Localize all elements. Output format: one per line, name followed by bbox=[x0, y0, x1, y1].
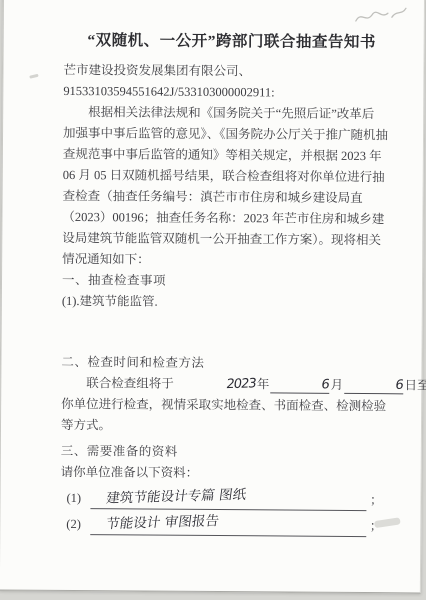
margin-smudge bbox=[29, 74, 38, 79]
section1-item: (1).建筑节能监管. bbox=[62, 291, 398, 314]
fill-in-blank-line: 节能设计 审图报告 bbox=[90, 511, 367, 537]
document-content: “双随机、一公开”跨部门联合抽查告知书 芒市建设投资发展集团有限公司、 9153… bbox=[60, 30, 400, 537]
intro-line: 查检查（抽查任务编号：滇芒市市住房和城乡建设局直 bbox=[63, 186, 399, 209]
intro-line: 查规范事中事后监管的通知》等相关规定，并根据 2023 年 bbox=[63, 144, 399, 167]
intro-line: 设局建筑节能监管双随机一公开抽查工作方案）。现将相关 bbox=[62, 228, 398, 251]
document-page: “双随机、一公开”跨部门联合抽查告知书 芒市建设投资发展集团有限公司、 9153… bbox=[0, 0, 425, 593]
prepared-material-row: (1) 建筑节能设计专篇 图纸 ； bbox=[60, 486, 396, 511]
credit-code-line: 91533103594551642J/533103000002911: bbox=[63, 81, 399, 104]
intro-line: 06 月 05 日双随机摇号结果，联合检查组将对你单位进行抽 bbox=[63, 165, 399, 188]
section1-heading: 一、抽查检查事项 bbox=[62, 270, 398, 293]
handwritten-year-1: 2023 bbox=[175, 377, 256, 393]
handwritten-material-1: 建筑节能设计专篇 图纸 bbox=[104, 485, 247, 510]
document-title: “双随机、一公开”跨部门联合抽查告知书 bbox=[64, 30, 400, 54]
month-label-1: 月 bbox=[331, 378, 344, 392]
intro-line: 加强事中事后监管的意见》、《国务院办公厅关于推广随机抽 bbox=[63, 123, 399, 146]
handwritten-month-1: 6 bbox=[270, 377, 329, 393]
year-label-1: 年 bbox=[257, 377, 270, 391]
handwritten-day-1: 6 bbox=[344, 378, 403, 394]
section2-heading: 二、检查时间和检查方法 bbox=[61, 352, 397, 375]
item-number: (2) bbox=[66, 514, 81, 535]
item-suffix: ； bbox=[370, 490, 383, 511]
item-suffix: ； bbox=[370, 516, 383, 537]
scanner-background: “双随机、一公开”跨部门联合抽查告知书 芒市建设投资发展集团有限公司、 9153… bbox=[0, 0, 426, 600]
intro-line: （2023）00196；抽查任务名称：2023 年芒市住房和城乡建 bbox=[62, 207, 398, 230]
prepared-material-row: (2) 节能设计 审图报告 ； bbox=[60, 512, 396, 537]
to-label: 日至 bbox=[404, 378, 426, 392]
intro-line: 情况通知如下： bbox=[62, 249, 398, 272]
intro-line: 根据相关法律法规和《国务院关于“先照后证”改革后 bbox=[63, 102, 399, 125]
section2-line: 你单位进行检查，视情采取实地检查、书面检查、检测检验 bbox=[61, 394, 397, 417]
section2-line: 等方式。 bbox=[61, 415, 397, 438]
fill-in-blank-line: 建筑节能设计专篇 图纸 bbox=[90, 485, 367, 511]
pencil-scribble-icon bbox=[352, 2, 410, 28]
recipient-line: 芒市建设投资发展集团有限公司、 bbox=[63, 60, 399, 83]
handwritten-material-2: 节能设计 审图报告 bbox=[104, 511, 220, 535]
section2-lead: 联合检查组将于 bbox=[86, 376, 174, 391]
section2-date-line: 联合检查组将于2023年6月6日至2023年11月30日期间对 bbox=[61, 373, 397, 396]
section3-lead: 请你单位准备以下资料： bbox=[61, 462, 397, 485]
item-number: (1) bbox=[66, 488, 81, 509]
section3-heading: 三、需要准备的资料 bbox=[61, 441, 397, 464]
